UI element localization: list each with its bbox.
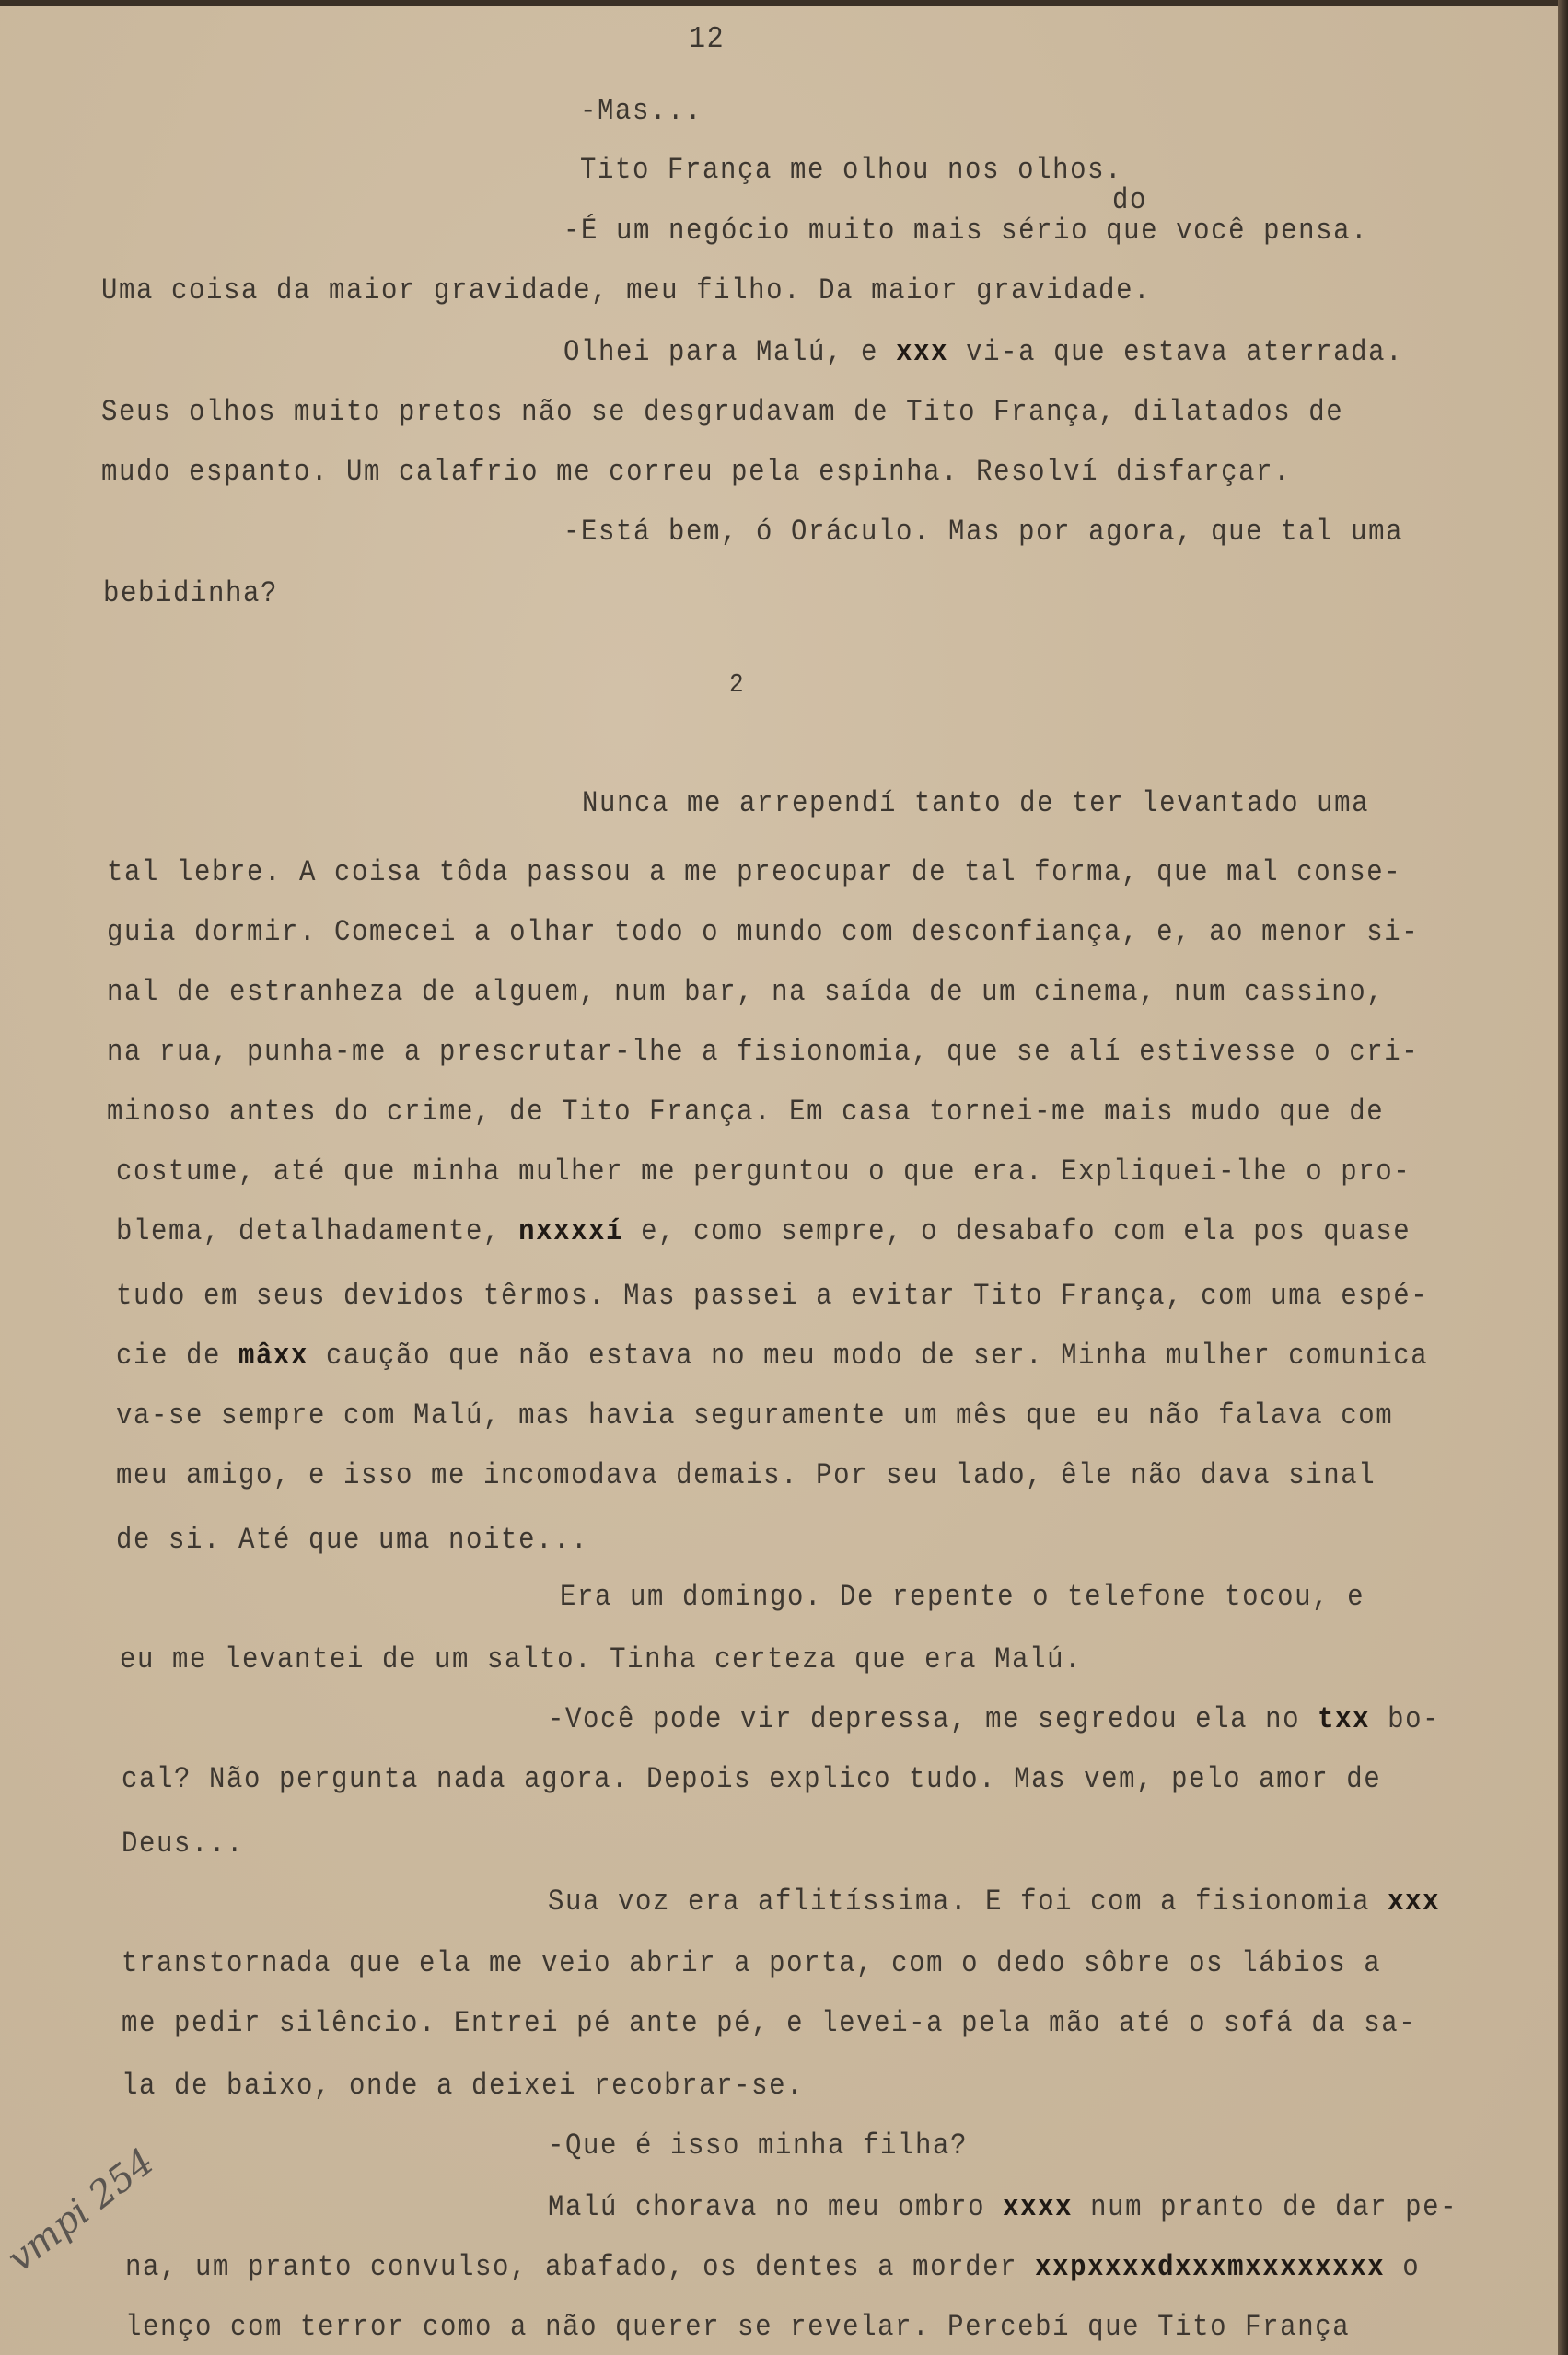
section-number: 2 [729, 668, 745, 700]
struck-out-text: nxxxxí [518, 1214, 623, 1248]
page-number: 12 [689, 22, 725, 57]
text-line: eu me levantei de um salto. Tinha certez… [120, 1642, 1082, 1676]
text-line: bebidinha? [103, 576, 278, 610]
line-text: Olhei para Malú, e [563, 335, 896, 369]
line-text: Tito França me olhou nos olhos. [580, 153, 1122, 187]
line-text: lenço com terror como a não querer se re… [125, 2310, 1350, 2344]
line-text: na rua, punha-me a prescrutar-lhe a fisi… [107, 1035, 1419, 1069]
line-text: -Está bem, ó Oráculo. Mas por agora, que… [563, 515, 1403, 549]
line-text: transtornada que ela me veio abrir a por… [122, 1946, 1381, 1980]
line-text: me pedir silêncio. Entrei pé ante pé, e … [122, 2006, 1416, 2040]
line-text: Uma coisa da maior gravidade, meu filho.… [101, 273, 1151, 307]
line-text: Nunca me arrependí tanto de ter levantad… [582, 786, 1369, 820]
text-line: lenço com terror como a não querer se re… [125, 2310, 1350, 2344]
text-line: cie de mâxx caução que não estava no meu… [116, 1339, 1428, 1373]
page-edge-shadow [1558, 0, 1568, 2355]
line-text: cie de [116, 1339, 238, 1373]
struck-out-text: xxxx [1003, 2190, 1073, 2224]
text-line: do [1112, 183, 1147, 217]
line-text-continued: o [1385, 2250, 1420, 2284]
line-text: 2 [729, 668, 745, 700]
typewritten-page: 12 -Mas...Tito França me olhou nos olhos… [0, 0, 1558, 2355]
text-line: blema, detalhadamente, nxxxxí e, como se… [116, 1214, 1411, 1248]
text-line: tal lebre. A coisa tôda passou a me preo… [107, 855, 1401, 889]
text-line: Sua voz era aflitíssima. E foi com a fis… [548, 1885, 1440, 1919]
line-text: de si. Até que uma noite... [116, 1523, 588, 1557]
text-line: -É um negócio muito mais sério que você … [563, 214, 1368, 248]
line-text: meu amigo, e isso me incomodava demais. … [116, 1458, 1376, 1492]
text-line: Seus olhos muito pretos não se desgrudav… [101, 395, 1343, 429]
line-text: -Mas... [580, 94, 703, 128]
line-text: cal? Não pergunta nada agora. Depois exp… [122, 1762, 1381, 1796]
text-line: mudo espanto. Um calafrio me correu pela… [101, 455, 1291, 489]
text-line: Tito França me olhou nos olhos. [580, 153, 1122, 187]
text-line: tudo em seus devidos têrmos. Mas passei … [116, 1279, 1428, 1313]
line-text: guia dormir. Comecei a olhar todo o mund… [107, 915, 1419, 949]
line-text: tal lebre. A coisa tôda passou a me preo… [107, 855, 1401, 889]
text-line: Uma coisa da maior gravidade, meu filho.… [101, 273, 1151, 307]
struck-out-text: txx [1318, 1702, 1370, 1736]
text-line: na rua, punha-me a prescrutar-lhe a fisi… [107, 1035, 1419, 1069]
line-text: va-se sempre com Malú, mas havia seguram… [116, 1398, 1393, 1433]
text-line: de si. Até que uma noite... [116, 1523, 588, 1557]
text-line: Era um domingo. De repente o telefone to… [560, 1580, 1365, 1614]
line-text: -Que é isso minha filha? [548, 2129, 968, 2163]
text-line: Malú chorava no meu ombro xxxx num prant… [548, 2190, 1458, 2224]
line-text-continued: bo- [1370, 1702, 1440, 1736]
line-text: Era um domingo. De repente o telefone to… [560, 1580, 1365, 1614]
text-line: -Mas... [580, 94, 703, 128]
text-line: minoso antes do crime, de Tito França. E… [107, 1095, 1384, 1129]
text-line: transtornada que ela me veio abrir a por… [122, 1946, 1381, 1980]
line-text: -É um negócio muito mais sério que você … [563, 214, 1368, 248]
line-text-continued: num pranto de dar pe- [1073, 2190, 1458, 2224]
line-text: Sua voz era aflitíssima. E foi com a fis… [548, 1885, 1388, 1919]
text-line: meu amigo, e isso me incomodava demais. … [116, 1458, 1376, 1492]
line-text: tudo em seus devidos têrmos. Mas passei … [116, 1279, 1428, 1313]
line-text: bebidinha? [103, 576, 278, 610]
line-text: costume, até que minha mulher me pergunt… [116, 1154, 1411, 1189]
line-text: do [1112, 183, 1147, 217]
line-text-continued: e, como sempre, o desabafo com ela pos q… [623, 1214, 1411, 1248]
line-text-continued: vi-a que estava aterrada. [948, 335, 1403, 369]
line-text: nal de estranheza de alguem, num bar, na… [107, 975, 1384, 1009]
line-text: na, um pranto convulso, abafado, os dent… [125, 2250, 1035, 2284]
struck-out-text: xxx [1388, 1885, 1440, 1919]
text-line: -Você pode vir depressa, me segredou ela… [548, 1702, 1440, 1736]
text-line: guia dormir. Comecei a olhar todo o mund… [107, 915, 1419, 949]
struck-out-text: xxpxxxxdxxxmxxxxxxxx [1035, 2250, 1385, 2284]
text-line: la de baixo, onde a deixei recobrar-se. [122, 2069, 804, 2103]
text-line: -Que é isso minha filha? [548, 2129, 968, 2163]
text-line: -Está bem, ó Oráculo. Mas por agora, que… [563, 515, 1403, 549]
text-line: na, um pranto convulso, abafado, os dent… [125, 2250, 1420, 2284]
text-line: Deus... [122, 1827, 244, 1861]
text-line: Nunca me arrependí tanto de ter levantad… [582, 786, 1369, 820]
line-text: Malú chorava no meu ombro [548, 2190, 1003, 2224]
text-line: me pedir silêncio. Entrei pé ante pé, e … [122, 2006, 1416, 2040]
line-text: mudo espanto. Um calafrio me correu pela… [101, 455, 1291, 489]
struck-out-text: mâxx [238, 1339, 308, 1373]
text-line: Olhei para Malú, e xxx vi-a que estava a… [563, 335, 1403, 369]
line-text: Seus olhos muito pretos não se desgrudav… [101, 395, 1343, 429]
line-text: Deus... [122, 1827, 244, 1861]
text-line: costume, até que minha mulher me pergunt… [116, 1154, 1411, 1189]
line-text: -Você pode vir depressa, me segredou ela… [548, 1702, 1318, 1736]
line-text-continued: caução que não estava no meu modo de ser… [308, 1339, 1428, 1373]
text-line: cal? Não pergunta nada agora. Depois exp… [122, 1762, 1381, 1796]
line-text: blema, detalhadamente, [116, 1214, 518, 1248]
text-line: va-se sempre com Malú, mas havia seguram… [116, 1398, 1393, 1433]
line-text: minoso antes do crime, de Tito França. E… [107, 1095, 1384, 1129]
line-text: eu me levantei de um salto. Tinha certez… [120, 1642, 1082, 1676]
line-text: la de baixo, onde a deixei recobrar-se. [122, 2069, 804, 2103]
text-line: nal de estranheza de alguem, num bar, na… [107, 975, 1384, 1009]
struck-out-text: xxx [896, 335, 948, 369]
